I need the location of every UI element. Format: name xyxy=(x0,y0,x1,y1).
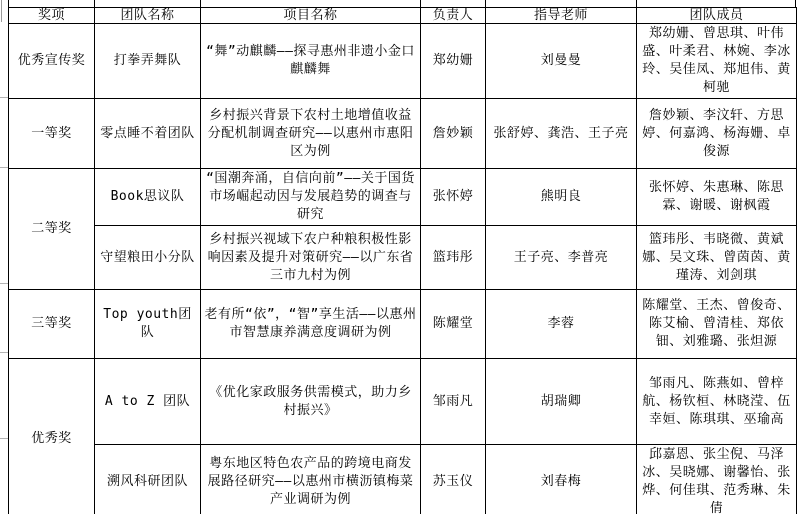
team-name-cell: 溯风科研团队 xyxy=(95,445,201,514)
project-name-cell: 老有所“依”，“智”享生活——以惠州市智慧康养满意度调研为例 xyxy=(201,290,421,359)
award-cell: 优秀宣传奖 xyxy=(9,24,95,99)
project-name-cell: 乡村振兴背景下农村土地增值收益分配机制调查研究——以惠州市惠阳区为例 xyxy=(201,99,421,169)
team-name-cell: 守望粮田小分队 xyxy=(95,226,201,290)
grid-stub xyxy=(636,0,637,7)
advisor-cell: 李蓉 xyxy=(486,290,637,359)
project-name-cell: 《优化家政服务供需模式，助力乡村振兴》 xyxy=(201,359,421,445)
document-page: 奖项 团队名称 项目名称 负责人 指导老师 团队成员 优秀宣传奖 打拳弄舞队 “… xyxy=(0,0,797,514)
column-header-award: 奖项 xyxy=(9,8,95,24)
table-row: 优秀宣传奖 打拳弄舞队 “舞”动麒麟——探寻惠州非遗小金口麒麟舞 郑幼姗 刘曼曼… xyxy=(9,24,797,99)
grid-stub xyxy=(485,0,486,7)
column-header-advisor: 指导老师 xyxy=(486,8,637,24)
column-header-leader: 负责人 xyxy=(421,8,486,24)
table-row: 溯风科研团队 粤东地区特色农产品的跨境电商发展路径研究——以惠州市横沥镇梅菜产业… xyxy=(9,445,797,514)
awards-table: 奖项 团队名称 项目名称 负责人 指导老师 团队成员 优秀宣传奖 打拳弄舞队 “… xyxy=(8,7,797,514)
advisor-cell: 熊明良 xyxy=(486,169,637,226)
advisor-cell: 王子亮、李普亮 xyxy=(486,226,637,290)
leader-cell: 陈耀堂 xyxy=(421,290,486,359)
grid-stub xyxy=(0,97,8,98)
grid-stub xyxy=(0,438,8,439)
grid-stub xyxy=(1,0,2,22)
award-cell: 三等奖 xyxy=(9,290,95,359)
award-cell: 二等奖 xyxy=(9,169,95,290)
advisor-cell: 刘春梅 xyxy=(486,445,637,514)
column-header-members: 团队成员 xyxy=(637,8,797,24)
grid-stub xyxy=(8,0,9,7)
table-row: 守望粮田小分队 乡村振兴视域下农户种粮积极性影响因素及提升对策研究——以广东省三… xyxy=(9,226,797,290)
project-name-cell: 粤东地区特色农产品的跨境电商发展路径研究——以惠州市横沥镇梅菜产业调研为例 xyxy=(201,445,421,514)
advisor-cell: 刘曼曼 xyxy=(486,24,637,99)
team-name-cell: 打拳弄舞队 xyxy=(95,24,201,99)
project-name-cell: 乡村振兴视域下农户种粮积极性影响因素及提升对策研究——以广东省三市九村为例 xyxy=(201,226,421,290)
members-cell: 詹妙颖、李汶轩、方思婷、何嘉鸿、杨海姗、卓俊源 xyxy=(637,99,797,169)
award-cell: 优秀奖 xyxy=(9,359,95,514)
leader-cell: 郑幼姗 xyxy=(421,24,486,99)
team-name-cell: Top youth团队 xyxy=(95,290,201,359)
members-cell: 邹雨凡、陈燕如、曾梓航、杨钦桓、林晓滢、伍幸姮、陈琪琪、巫瑜高 xyxy=(637,359,797,445)
award-cell: 一等奖 xyxy=(9,99,95,169)
grid-stub xyxy=(0,283,8,284)
grid-stub xyxy=(200,0,201,7)
table-row: 三等奖 Top youth团队 老有所“依”，“智”享生活——以惠州市智慧康养满… xyxy=(9,290,797,359)
leader-cell: 邹雨凡 xyxy=(421,359,486,445)
grid-stub xyxy=(795,0,796,7)
team-name-cell: Book思议队 xyxy=(95,169,201,226)
members-cell: 陈耀堂、王杰、曾俊奇、陈艾榆、曾清桂、郑依钿、刘雅璐、张炟源 xyxy=(637,290,797,359)
leader-cell: 篮玮彤 xyxy=(421,226,486,290)
project-name-cell: “国潮奔涌，自信向前”——关于国货市场崛起动因与发展趋势的调查与研究 xyxy=(201,169,421,226)
team-name-cell: 零点睡不着团队 xyxy=(95,99,201,169)
members-cell: 篮玮彤、韦晓微、黄斌娜、吴文珠、曾茵茵、黄瑾涛、刘剑琪 xyxy=(637,226,797,290)
grid-stub xyxy=(94,0,95,7)
table-row: 二等奖 Book思议队 “国潮奔涌，自信向前”——关于国货市场崛起动因与发展趋势… xyxy=(9,169,797,226)
column-header-project: 项目名称 xyxy=(201,8,421,24)
advisor-cell: 张舒婷、龚浩、王子亮 xyxy=(486,99,637,169)
grid-stub xyxy=(0,352,8,353)
grid-stub xyxy=(420,0,421,7)
project-name-cell: “舞”动麒麟——探寻惠州非遗小金口麒麟舞 xyxy=(201,24,421,99)
table-row: 优秀奖 A to Z 团队 《优化家政服务供需模式，助力乡村振兴》 邹雨凡 胡瑞… xyxy=(9,359,797,445)
leader-cell: 苏玉仪 xyxy=(421,445,486,514)
advisor-cell: 胡瑞卿 xyxy=(486,359,637,445)
members-cell: 郑幼姗、曾思琪、叶伟盛、叶柔君、林婉、李冰玲、吴佳凤、郑旭伟、黄柯驰 xyxy=(637,24,797,99)
table-row: 一等奖 零点睡不着团队 乡村振兴背景下农村土地增值收益分配机制调查研究——以惠州… xyxy=(9,99,797,169)
members-cell: 邱嘉恩、张尘倪、马泽冰、吴晓娜、谢馨怡、张烨、何佳琪、范秀琳、朱倩 xyxy=(637,445,797,514)
team-name-cell: A to Z 团队 xyxy=(95,359,201,445)
members-cell: 张怀婷、朱惠琳、陈思霖、谢暖、谢枫霞 xyxy=(637,169,797,226)
leader-cell: 詹妙颖 xyxy=(421,99,486,169)
table-header-row: 奖项 团队名称 项目名称 负责人 指导老师 团队成员 xyxy=(9,8,797,24)
leader-cell: 张怀婷 xyxy=(421,169,486,226)
grid-stub xyxy=(0,167,8,168)
column-header-team: 团队名称 xyxy=(95,8,201,24)
